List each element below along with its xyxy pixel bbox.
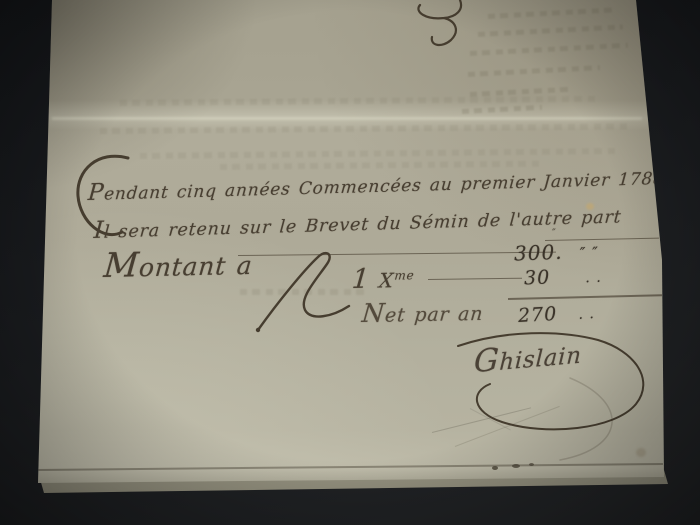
- dixieme-prefix: 1 X: [351, 268, 395, 293]
- dixieme-label: 1 Xme: [351, 263, 416, 295]
- photograph-of-manuscript: Pendant cinq années Commencées au premie…: [0, 0, 700, 525]
- montant-value: 300.: [514, 240, 563, 266]
- paraph-a-flourish: [246, 246, 356, 341]
- bleedthrough-row: [470, 43, 628, 56]
- dixieme-superscript: me: [394, 268, 415, 282]
- ink-speck: [512, 464, 520, 468]
- montant-sol-denier-marks: ″ ″: [580, 244, 600, 263]
- sum-rule: [508, 294, 662, 300]
- handwriting-line-retenu: Il sera retenu sur le Brevet du Sémin de…: [93, 200, 623, 244]
- bleedthrough-row: [468, 65, 600, 77]
- handwriting-line-pendant: Pendant cinq années Commencées au premie…: [87, 164, 666, 206]
- dixieme-dash-rule: [428, 278, 522, 281]
- bleedthrough-row: [100, 123, 630, 134]
- fold-crease: [52, 117, 642, 120]
- ink-speck: [529, 463, 534, 466]
- paper-smudge: [636, 448, 646, 457]
- montant-superscript-mark: ″: [552, 228, 557, 239]
- ink-flourish-top: [406, 0, 476, 52]
- dixieme-marks: . .: [585, 270, 602, 287]
- montant-label: Montant a: [102, 243, 254, 285]
- ink-speck: [492, 466, 498, 470]
- bleedthrough-row: [140, 148, 620, 159]
- bleedthrough-row: [462, 105, 542, 114]
- bleedthrough-row: [120, 96, 600, 106]
- bleedthrough-row: [478, 24, 623, 37]
- bleedthrough-row: [488, 7, 616, 19]
- montant-amount: 300. ″ ″: [514, 239, 600, 266]
- manuscript-paper: Pendant cinq années Commencées au premie…: [0, 0, 700, 525]
- dixieme-amount: 30 . .: [524, 265, 602, 290]
- paper-stain: [586, 203, 594, 210]
- dixieme-value: 30: [524, 266, 551, 289]
